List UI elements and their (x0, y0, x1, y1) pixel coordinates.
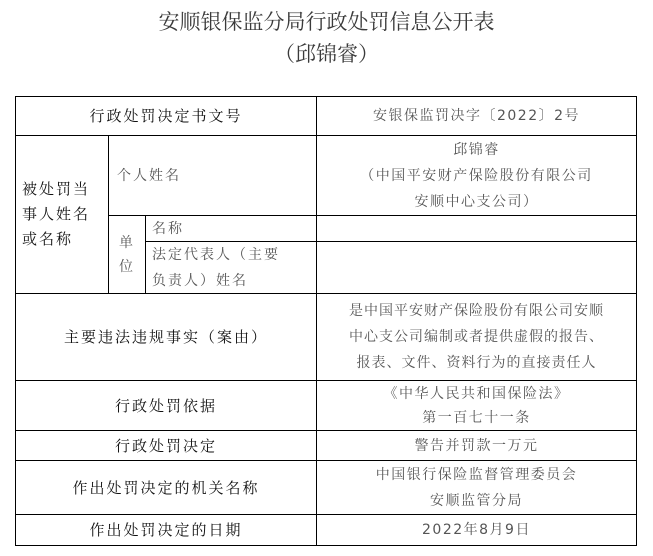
facts-value: 是中国平安财产保险股份有限公司安顺 中心支公司编制或者提供虚假的报告、 报表、文… (316, 293, 637, 381)
facts-line: 报表、文件、资料行为的直接责任人 (357, 350, 597, 376)
page-subtitle: （邱锦睿） (0, 38, 653, 68)
individual-name-label: 个人姓名 (108, 135, 317, 216)
legal-rep-label-line: 法定代表人（主要 (152, 242, 280, 268)
penalty-info-table: 行政处罚决定书文号 安银保监罚决字〔2022〕2号 被处罚当 事人姓名 或名称 … (15, 96, 637, 546)
unit-label-line: 单 (119, 231, 135, 255)
unit-name-value (316, 215, 637, 242)
party-label: 被处罚当 事人姓名 或名称 (15, 135, 109, 294)
authority-value: 中国银行保险监督管理委员会 安顺监管分局 (316, 460, 637, 515)
party-label-line: 或名称 (22, 227, 73, 252)
individual-name: 邱锦睿 (453, 137, 500, 163)
authority-line: 中国银行保险监督管理委员会 (376, 462, 578, 488)
legal-rep-label: 法定代表人（主要 负责人）姓名 (145, 241, 317, 294)
unit-label: 单 位 (108, 215, 146, 294)
party-label-line: 被处罚当 (22, 177, 90, 202)
decision-no-value: 安银保监罚决字〔2022〕2号 (316, 96, 637, 136)
basis-value: 《中华人民共和国保险法》 第一百七十一条 (316, 380, 637, 431)
facts-line: 中心支公司编制或者提供虚假的报告、 (349, 324, 604, 350)
basis-law: 《中华人民共和国保险法》 (384, 382, 570, 406)
decision-label: 行政处罚决定 (15, 430, 317, 461)
date-label: 作出处罚决定的日期 (15, 514, 317, 546)
basis-article: 第一百七十一条 (422, 406, 531, 430)
individual-affiliation-line: （中国平安财产保险股份有限公司 (360, 163, 593, 189)
individual-affiliation-line: 安顺中心支公司） (415, 189, 539, 215)
legal-rep-label-line: 负责人）姓名 (152, 268, 248, 294)
basis-label: 行政处罚依据 (15, 380, 317, 431)
page-title: 安顺银保监分局行政处罚信息公开表 (0, 6, 653, 36)
unit-name-label: 名称 (145, 215, 317, 242)
individual-name-value: 邱锦睿 （中国平安财产保险股份有限公司 安顺中心支公司） (316, 135, 637, 216)
facts-line: 是中国平安财产保险股份有限公司安顺 (349, 298, 604, 324)
facts-label: 主要违法违规事实（案由） (15, 293, 317, 381)
legal-rep-value (316, 241, 637, 294)
date-value: 2022年8月9日 (316, 514, 637, 546)
authority-line: 安顺监管分局 (430, 488, 523, 514)
decision-no-label: 行政处罚决定书文号 (15, 96, 317, 136)
party-label-line: 事人姓名 (22, 202, 90, 227)
decision-value: 警告并罚款一万元 (316, 430, 637, 461)
unit-label-line: 位 (119, 255, 135, 279)
authority-label: 作出处罚决定的机关名称 (15, 460, 317, 515)
